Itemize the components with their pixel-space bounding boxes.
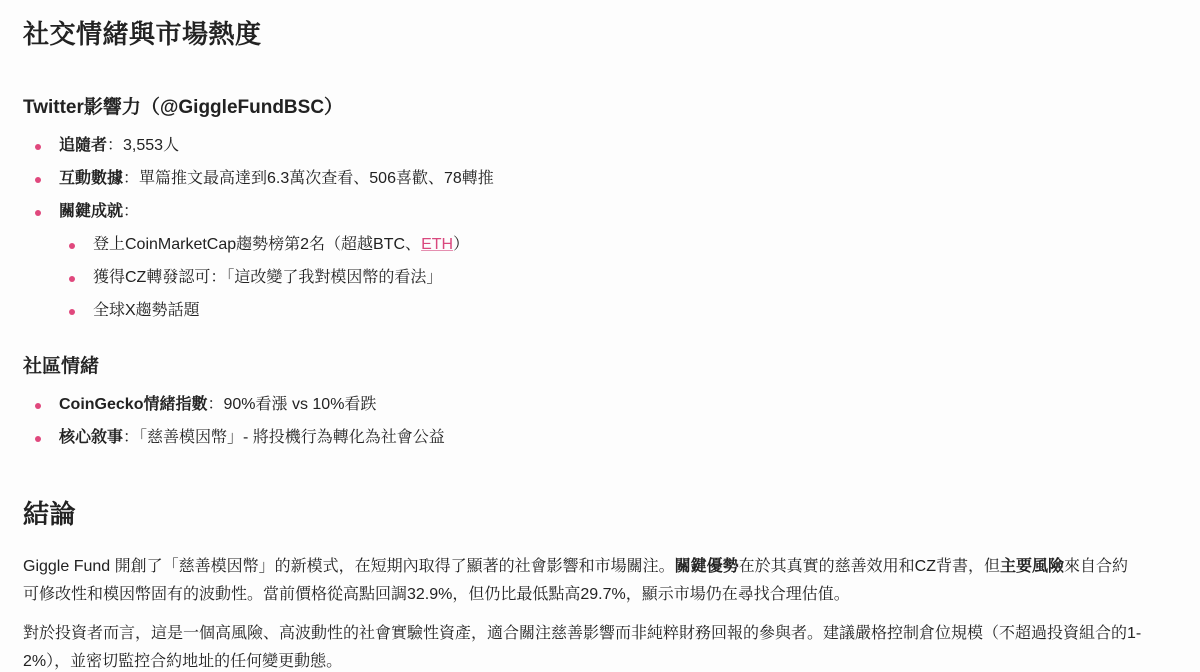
conclusion-paragraph-2: 對於投資者而言，這是一個高風險、高波動性的社會實驗性資產，適合關注慈善影響而非純… — [23, 620, 1143, 672]
list-item-sentiment-index: CoinGecko情緒指數：90%看漲 vs 10%看跌 — [35, 395, 445, 415]
list-item-achievements: 關鍵成就： 登上CoinMarketCap趨勢榜第2名（超越BTC、ETH） 獲… — [35, 202, 494, 321]
list-item-x-trending: 全球X趨勢話題 — [69, 301, 494, 321]
section-title: 社交情緒與市場熱度 — [23, 14, 262, 51]
conclusion-title: 結論 — [23, 494, 76, 531]
achievements-sublist: 登上CoinMarketCap趨勢榜第2名（超越BTC、ETH） 獲得CZ轉發認… — [69, 235, 494, 321]
eth-link[interactable]: ETH — [421, 236, 453, 253]
list-item-followers: 追隨者：3,553人 — [35, 136, 494, 156]
list-item-core-narrative: 核心敘事：「慈善模因幣」- 將投機行為轉化為社會公益 — [35, 428, 445, 448]
community-list: CoinGecko情緒指數：90%看漲 vs 10%看跌 核心敘事：「慈善模因幣… — [35, 395, 445, 461]
conclusion-paragraph-1: Giggle Fund 開創了「慈善模因幣」的新模式，在短期內取得了顯著的社會影… — [23, 553, 1143, 609]
list-item-cmc-trending: 登上CoinMarketCap趨勢榜第2名（超越BTC、ETH） — [69, 235, 494, 255]
list-item-engagement: 互動數據：單篇推文最高達到6.3萬次查看、506喜歡、78轉推 — [35, 169, 494, 189]
twitter-list: 追隨者：3,553人 互動數據：單篇推文最高達到6.3萬次查看、506喜歡、78… — [35, 136, 494, 334]
list-item-cz-endorsement: 獲得CZ轉發認可：「這改變了我對模因幣的看法」 — [69, 268, 494, 288]
community-heading: 社區情緒 — [23, 351, 99, 378]
twitter-heading: Twitter影響力（@GiggleFundBSC） — [23, 92, 343, 119]
